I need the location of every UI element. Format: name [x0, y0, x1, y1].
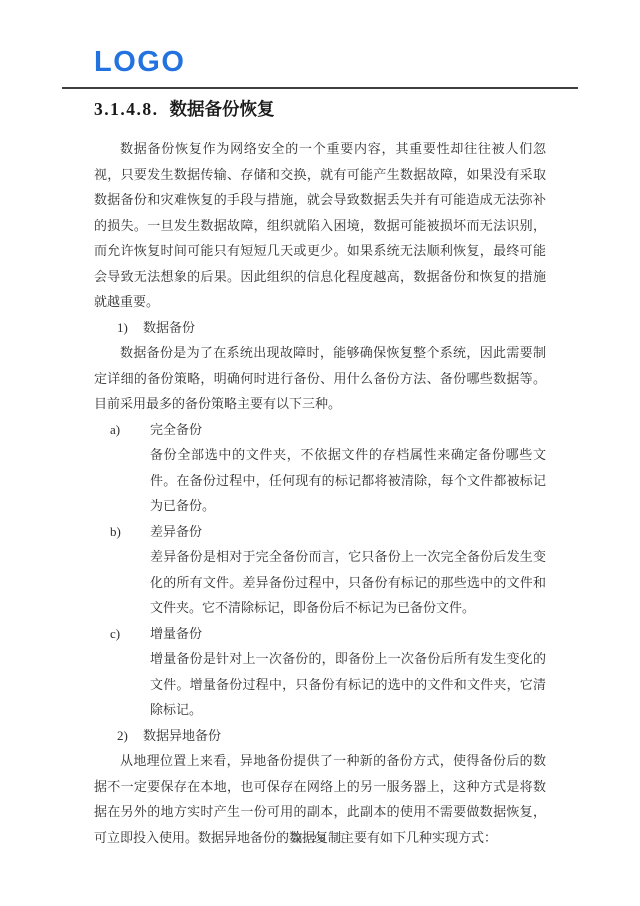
sub-item-b: b) 差异备份 差异备份是相对于完全备份而言，它只备份上一次完全备份后发生变化的… — [94, 519, 546, 621]
sub-item-b-content: 差异备份 差异备份是相对于完全备份而言，它只备份上一次完全备份后发生变化的所有文… — [150, 519, 546, 621]
list-item-1-title: 数据备份 — [143, 320, 195, 335]
sub-item-c-content: 增量备份 增量备份是针对上一次备份的，即备份上一次备份后所有发生变化的文件。增量… — [150, 621, 546, 723]
sub-item-b-body: 差异备份是相对于完全备份而言，它只备份上一次完全备份后发生变化的所有文件。差异备… — [150, 544, 546, 621]
company-logo: LOGO — [94, 46, 546, 78]
sub-item-a-body: 备份全部选中的文件夹，不依据文件的存档属性来确定备份哪些文件。在备份过程中，任何… — [150, 442, 546, 519]
sub-item-c-label: c) — [110, 621, 150, 723]
list-item-1-label: 1) — [117, 315, 143, 341]
page-number: 第 26 页 — [0, 830, 640, 846]
section-title: 数据备份恢复 — [170, 99, 275, 119]
sub-item-a-content: 完全备份 备份全部选中的文件夹，不依据文件的存档属性来确定备份哪些文件。在备份过… — [150, 417, 546, 519]
list-item-2-label: 2) — [117, 723, 143, 749]
section-heading: 3.1.4.8.数据备份恢复 — [94, 97, 546, 121]
sub-item-a-title: 完全备份 — [150, 417, 546, 443]
sub-item-b-label: b) — [110, 519, 150, 621]
sub-item-a-label: a) — [110, 417, 150, 519]
sub-item-c-title: 增量备份 — [150, 621, 546, 647]
sub-item-c-body: 增量备份是针对上一次备份的，即备份上一次备份后所有发生变化的文件。增量备份过程中… — [150, 646, 546, 723]
intro-paragraph: 数据备份恢复作为网络安全的一个重要内容，其重要性却往往被人们忽视，只要发生数据传… — [94, 136, 546, 315]
list-item-1-body: 数据备份是为了在系统出现故障时，能够确保恢复整个系统，因此需要制定详细的备份策略… — [94, 340, 546, 417]
sub-item-b-title: 差异备份 — [150, 519, 546, 545]
sub-item-c: c) 增量备份 增量备份是针对上一次备份的，即备份上一次备份后所有发生变化的文件… — [94, 621, 546, 723]
list-item-1: 1)数据备份 — [94, 315, 546, 341]
sub-item-a: a) 完全备份 备份全部选中的文件夹，不依据文件的存档属性来确定备份哪些文件。在… — [94, 417, 546, 519]
header-divider — [62, 87, 578, 89]
document-page: LOGO 3.1.4.8.数据备份恢复 数据备份恢复作为网络安全的一个重要内容，… — [0, 0, 640, 906]
document-body: 数据备份恢复作为网络安全的一个重要内容，其重要性却往往被人们忽视，只要发生数据传… — [94, 136, 546, 850]
section-number: 3.1.4.8. — [94, 99, 159, 119]
list-item-2-title: 数据异地备份 — [143, 728, 221, 743]
list-item-2: 2)数据异地备份 — [94, 723, 546, 749]
